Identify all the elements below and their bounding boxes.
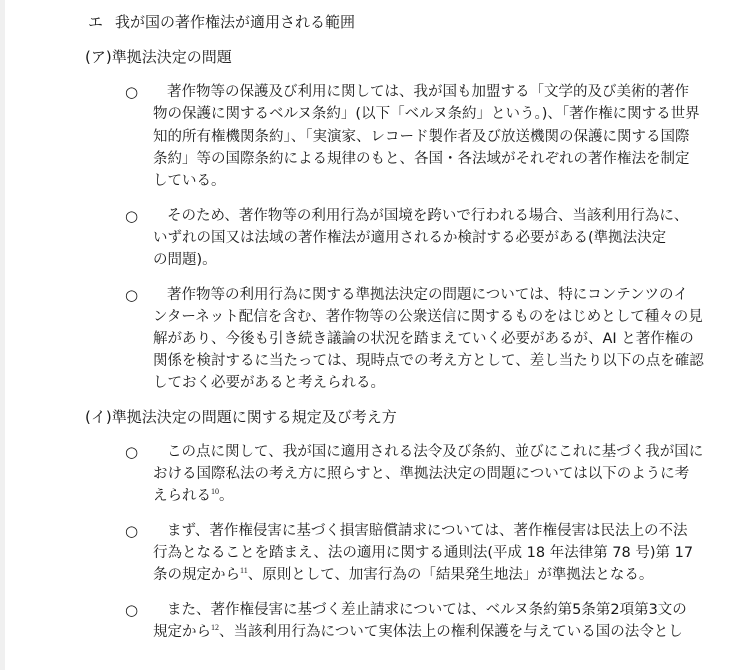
- paragraph-text: 規定から: [153, 624, 211, 640]
- paragraph-line: しておく必要があると考えられる。: [153, 374, 385, 392]
- paragraph-text: 条の規定から: [153, 567, 240, 583]
- paragraph-line: の問題)。: [153, 251, 217, 269]
- document-page: エ我が国の著作権法が適用される範囲 (ア)準拠法決定の問題 ○ 著作物等の保護及…: [5, 0, 745, 670]
- main-heading: エ我が国の著作権法が適用される範囲: [88, 13, 355, 31]
- main-heading-title: 我が国の著作権法が適用される範囲: [115, 13, 355, 31]
- paragraph-line: 著作物等の利用行為に関する準拠法決定の問題については、特にコンテンツのイ: [167, 286, 688, 304]
- paragraph-line: 知的所有権機関条約」、「実演家、レコード製作者及び放送機関の保護に関する国際: [153, 128, 690, 146]
- main-heading-marker: エ: [88, 13, 103, 31]
- paragraph-text: 、原則として、加害行為の「結果発生地法」が準拠法となる。: [248, 567, 654, 583]
- paragraph-line-with-footnote: 規定から12、当該利用行為について実体法上の権利保護を与えている国の法令とし: [153, 623, 683, 641]
- paragraph-line-with-footnote: 条の規定から11、原則として、加害行為の「結果発生地法」が準拠法となる。: [153, 566, 653, 584]
- bullet-icon: ○: [125, 83, 138, 101]
- paragraph-line: 解があり、今後も引き続き議論の状況を踏まえていく必要があるが、AI と著作権の: [153, 330, 694, 348]
- paragraph-line: 物の保護に関するベルヌ条約」(以下「ベルヌ条約」という。)、「著作権に関する世界: [153, 105, 700, 123]
- paragraph-line: まず、著作権侵害に基づく損害賠償請求については、著作権侵害は民法上の不法: [167, 522, 688, 540]
- paragraph-line: 条約」等の国際条約による規律のもと、各国・各法域がそれぞれの著作権法を制定: [153, 150, 690, 168]
- paragraph-line: おける国際私法の考え方に照らすと、準拠法決定の問題については以下のように考: [153, 465, 689, 483]
- paragraph-text: 。: [219, 488, 234, 504]
- bullet-icon: ○: [125, 522, 138, 540]
- paragraph-line: そのため、著作物等の利用行為が国境を跨いで行われる場合、当該利用行為に、: [167, 207, 688, 225]
- paragraph-line: いずれの国又は法域の著作権法が適用されるか検討する必要がある(準拠法決定: [153, 229, 666, 247]
- paragraph-line: 関係を検討するに当たっては、現時点での考え方として、差し当たり以下の点を確認: [153, 352, 704, 370]
- bullet-icon: ○: [125, 601, 138, 619]
- section-heading-a: (ア)準拠法決定の問題: [85, 48, 232, 66]
- paragraph-text: えられる: [153, 488, 211, 504]
- paragraph-text: 、当該利用行為について実体法上の権利保護を与えている国の法令とし: [219, 624, 683, 640]
- paragraph-line: この点に関して、我が国に適用される法令及び条約、並びにこれに基づく我が国に: [167, 443, 703, 461]
- paragraph-line: また、著作権侵害に基づく差止請求については、ベルヌ条約第5条第2項第3文の: [167, 601, 687, 619]
- footnote-ref-12[interactable]: 12: [211, 623, 219, 632]
- footnote-ref-10[interactable]: 10: [211, 487, 219, 496]
- paragraph-line: 行為となることを踏まえ、法の適用に関する通則法(平成 18 年法律第 78 号)…: [153, 544, 693, 562]
- section-heading-i: (イ)準拠法決定の問題に関する規定及び考え方: [85, 408, 397, 426]
- paragraph-line-with-footnote: えられる10。: [153, 487, 234, 505]
- footnote-ref-11[interactable]: 11: [240, 566, 248, 575]
- bullet-icon: ○: [125, 207, 138, 225]
- paragraph-line: している。: [153, 172, 226, 190]
- paragraph-line: ンターネット配信を含む、著作物等の公衆送信に関するものをはじめとして種々の見: [153, 308, 703, 326]
- bullet-icon: ○: [125, 443, 138, 461]
- paragraph-line: 著作物等の保護及び利用に関しては、我が国も加盟する「文学的及び美術的著作: [167, 83, 689, 101]
- bullet-icon: ○: [125, 286, 138, 304]
